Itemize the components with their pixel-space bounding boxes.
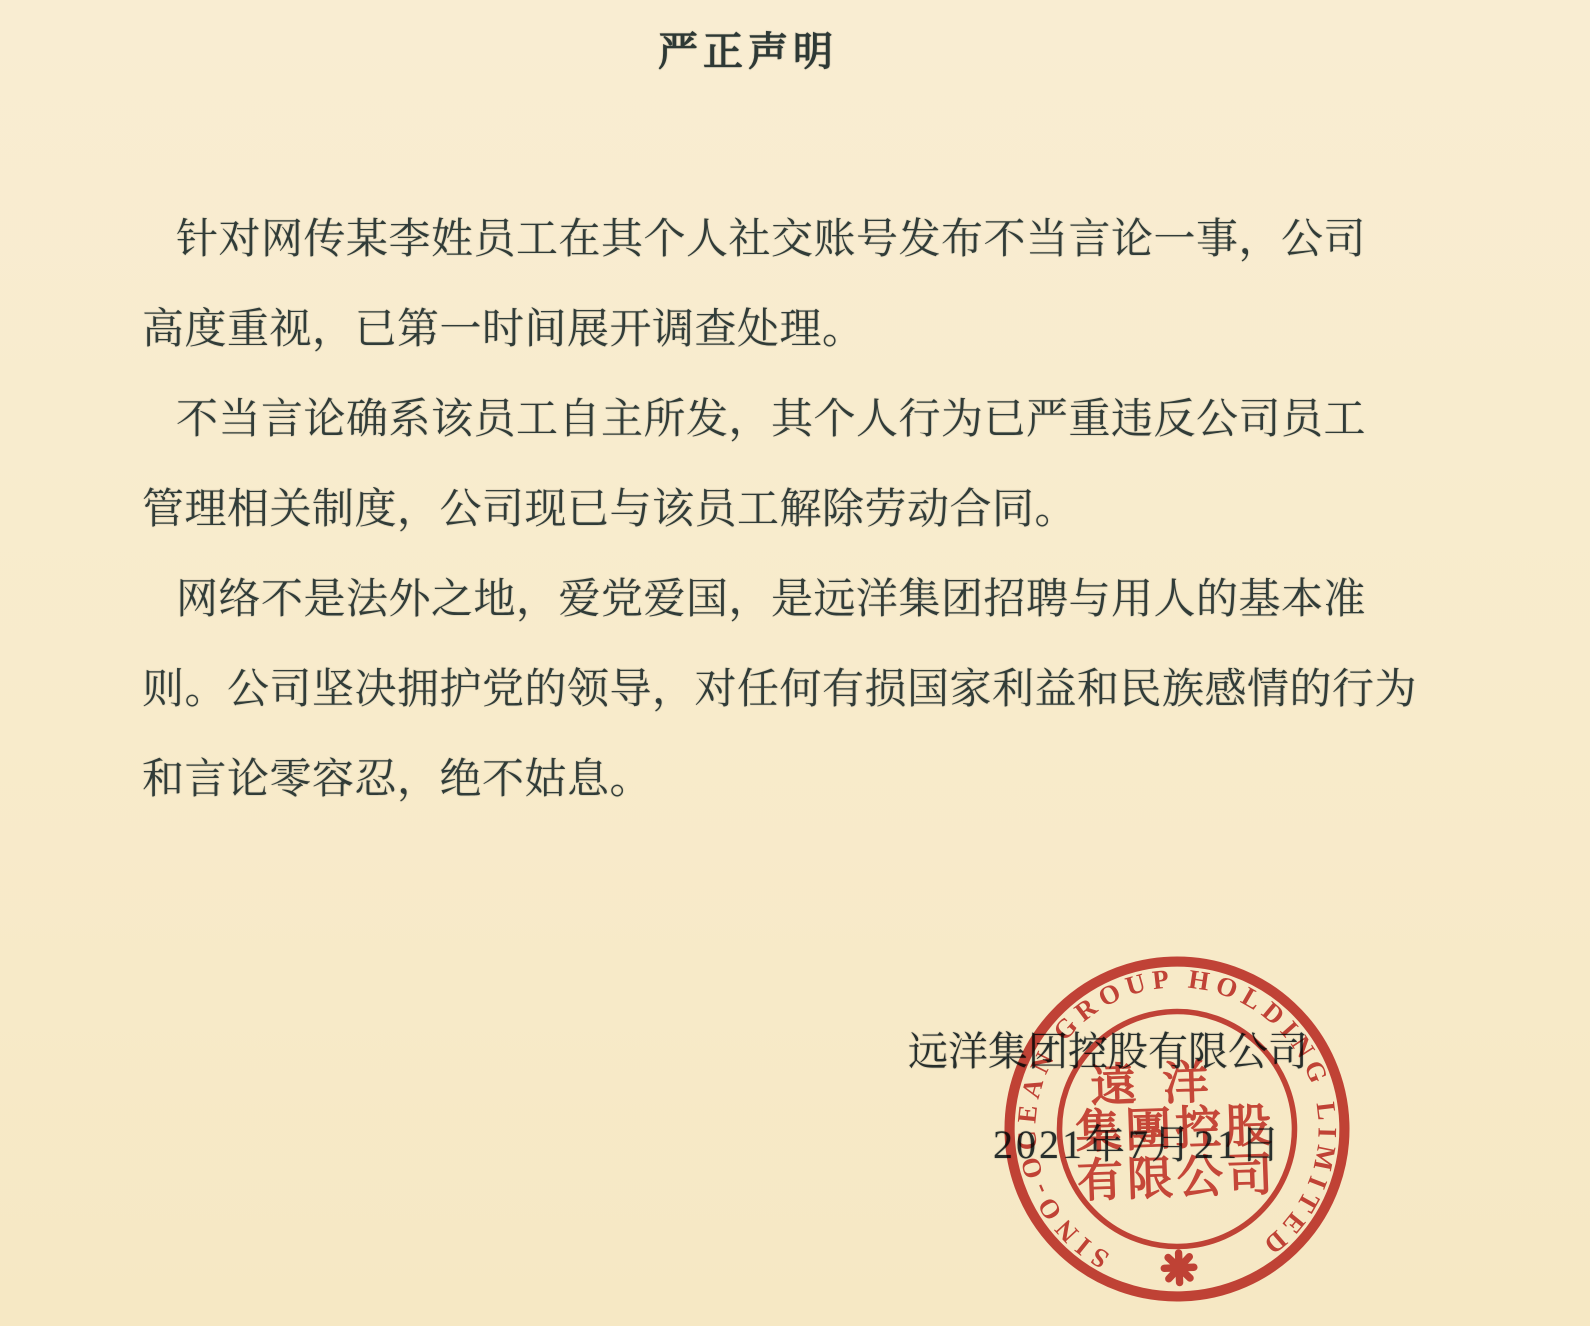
body-line: 管理相关制度，公司现已与该员工解除劳动合同。 <box>142 465 1372 555</box>
document-body: 针对网传某李姓员工在其个人社交账号发布不当言论一事，公司 高度重视，已第一时间展… <box>142 195 1372 825</box>
seal-star-icon <box>1164 1252 1195 1283</box>
body-line: 高度重视，已第一时间展开调查处理。 <box>142 285 1372 375</box>
body-line: 针对网传某李姓员工在其个人社交账号发布不当言论一事，公司 <box>142 195 1372 285</box>
body-line: 则。公司坚决拥护党的领导，对任何有损国家利益和民族感情的行为 <box>142 645 1372 735</box>
body-line: 和言论零容忍，绝不姑息。 <box>142 735 1372 825</box>
seal-center-line-2: 集團控股 <box>1074 1100 1276 1159</box>
body-line: 不当言论确系该员工自主所发，其个人行为已严重违反公司员工 <box>142 375 1372 465</box>
document-page: 严正声明 针对网传某李姓员工在其个人社交账号发布不当言论一事，公司 高度重视，已… <box>0 0 1590 1326</box>
body-line: 网络不是法外之地，爱党爱国，是远洋集团招聘与用人的基本准 <box>142 555 1372 645</box>
document-title: 严正声明 <box>0 20 1496 77</box>
company-seal: SINO-OCEAN GROUP HOLDING LIMITED 遠洋 集團控股… <box>966 937 1389 1321</box>
seal-center-line-3: 有限公司 <box>1076 1149 1278 1208</box>
